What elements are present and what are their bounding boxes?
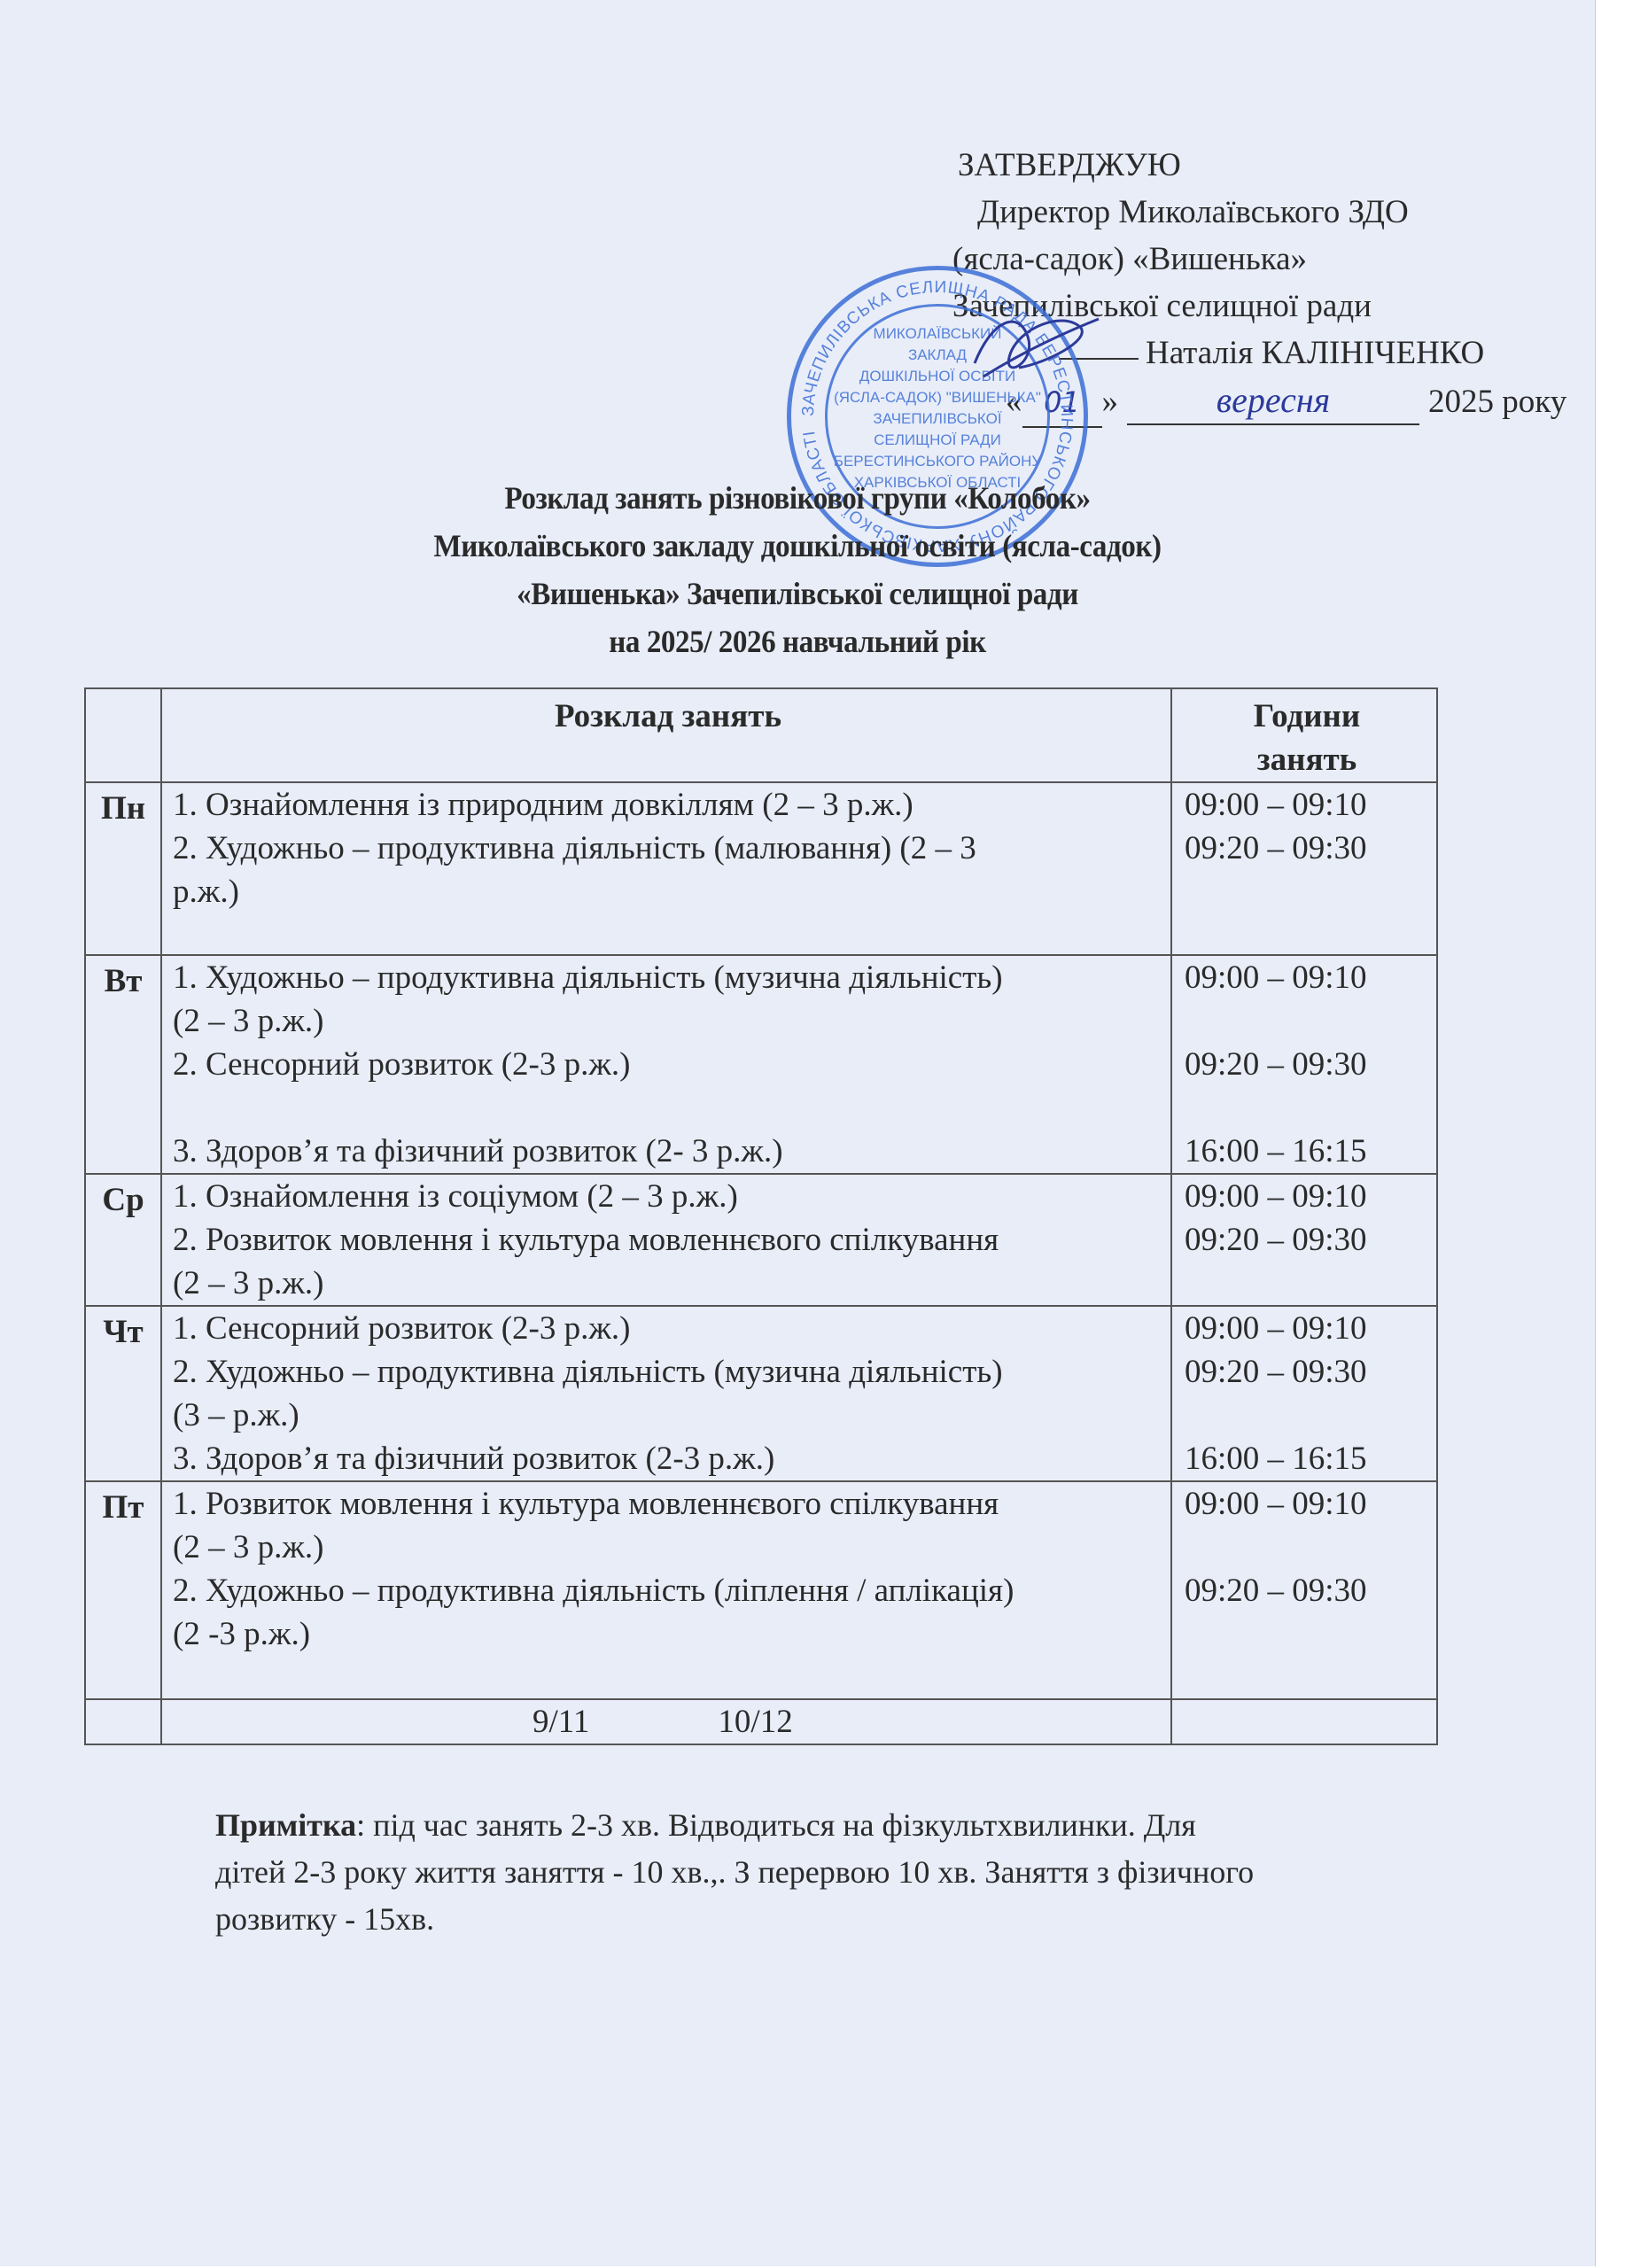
note-text: : під час занять 2-3 хв. Відводиться на … [356,1807,1196,1843]
table-header-row: Розклад занять Години занять [85,688,1437,782]
times-cell: 09:00 – 09:1009:20 – 09:30 [1171,782,1437,955]
title-line: Миколаївського закладу дошкільної освіти… [64,522,1531,570]
time-slot [1185,1086,1429,1130]
lesson-line: р.ж.) [173,870,1163,913]
time-slot: 16:00 – 16:15 [1185,1130,1429,1173]
day-cell: Ср [85,1174,161,1306]
lessons-cell: 1. Ознайомлення із природним довкіллям (… [161,782,1171,955]
lesson-line [173,1086,1163,1130]
footnote: Примітка: під час занять 2-3 хв. Відводи… [215,1802,1456,1943]
time-slot [1185,999,1429,1043]
lesson-line: 1. Ознайомлення із соціумом (2 – 3 р.ж.) [173,1175,1163,1218]
time-slot: 09:20 – 09:30 [1185,827,1429,870]
header-hours-line: Години [1185,695,1429,738]
total-lessons: 9/11 [532,1700,589,1744]
table-row: Пт1. Розвиток мовлення і культура мовлен… [85,1481,1437,1699]
total-lessons-alt: 10/12 [718,1700,792,1744]
time-slot: 09:20 – 09:30 [1185,1218,1429,1262]
stamp-line: СЕЛИЩНОЇ РАДИ [791,430,1084,451]
lesson-line: 1. Художньо – продуктивна діяльність (му… [173,956,1163,999]
lessons-cell: 1. Ознайомлення із соціумом (2 – 3 р.ж.)… [161,1174,1171,1306]
time-slot: 09:00 – 09:10 [1185,1175,1429,1218]
title-line: на 2025/ 2026 навчальний рік [64,617,1531,665]
header-hours-line: занять [1185,738,1429,781]
lesson-line: (2 – 3 р.ж.) [173,1526,1163,1569]
totals-day-cell [85,1699,161,1744]
time-slot: 16:00 – 16:15 [1185,1437,1429,1480]
lesson-line: 1. Ознайомлення із природним довкіллям (… [173,783,1163,827]
times-cell: 09:00 – 09:1009:20 – 09:3016:00 – 16:15 [1171,955,1437,1174]
lesson-line: 3. Здоров’я та фізичний розвиток (2-3 р.… [173,1437,1163,1480]
lesson-line: 1. Розвиток мовлення і культура мовленнє… [173,1482,1163,1526]
document-title: Розклад занять різновікової групи «Колоб… [0,474,1595,665]
schedule-table: Розклад занять Години занять Пн1. Ознайо… [84,687,1438,1745]
lesson-line: 3. Здоров’я та фізичний розвиток (2- 3 р… [173,1130,1163,1173]
totals-time-cell [1171,1699,1437,1744]
time-slot: 09:20 – 09:30 [1185,1043,1429,1086]
table-row: Пн1. Ознайомлення із природним довкіллям… [85,782,1437,955]
table-row: Чт1. Сенсорний розвиток (2-3 р.ж.)2. Худ… [85,1306,1437,1481]
day-cell: Вт [85,955,161,1174]
lesson-line: 2. Художньо – продуктивна діяльність (ма… [173,827,1163,870]
header-lessons: Розклад занять [161,688,1171,782]
lessons-cell: 1. Розвиток мовлення і культура мовленнє… [161,1481,1171,1699]
lesson-line: (2 – 3 р.ж.) [173,1262,1163,1305]
lessons-cell: 1. Художньо – продуктивна діяльність (му… [161,955,1171,1174]
title-line: «Вишенька» Зачепилівської селищної ради [64,570,1531,617]
time-slot: 09:20 – 09:30 [1185,1350,1429,1394]
day-cell: Чт [85,1306,161,1481]
note-text: дітей 2-3 року життя заняття - 10 хв.,. … [215,1849,1456,1896]
times-cell: 09:00 – 09:1009:20 – 09:30 [1171,1481,1437,1699]
time-slot: 09:00 – 09:10 [1185,1307,1429,1350]
lesson-line: (2 -3 р.ж.) [173,1612,1163,1656]
time-slot [1185,1526,1429,1569]
lesson-line: (2 – 3 р.ж.) [173,999,1163,1043]
header-hours: Години занять [1171,688,1437,782]
lesson-line: 2. Художньо – продуктивна діяльність (му… [173,1350,1163,1394]
approval-date-month: вересня [1127,377,1419,425]
time-slot: 09:00 – 09:10 [1185,956,1429,999]
time-slot [1185,1394,1429,1437]
lesson-line: (3 – р.ж.) [173,1394,1163,1437]
lesson-line: 2. Художньо – продуктивна діяльність (лі… [173,1569,1163,1612]
header-day [85,688,161,782]
lesson-line: 2. Розвиток мовлення і культура мовленнє… [173,1218,1163,1262]
time-slot: 09:00 – 09:10 [1185,783,1429,827]
approval-line: Директор Миколаївського ЗДО [952,189,1566,236]
lessons-cell: 1. Сенсорний розвиток (2-3 р.ж.)2. Худож… [161,1306,1171,1481]
totals-cell: 9/1110/12 [161,1699,1171,1744]
document-page: ЗАТВЕРДЖУЮ Директор Миколаївського ЗДО (… [0,0,1596,2266]
time-slot: 09:00 – 09:10 [1185,1482,1429,1526]
table-row: Вт1. Художньо – продуктивна діяльність (… [85,955,1437,1174]
approval-date-year: 2025 року [1428,384,1566,420]
day-cell: Пн [85,782,161,955]
handwritten-signature [966,301,1108,399]
times-cell: 09:00 – 09:1009:20 – 09:3016:00 – 16:15 [1171,1306,1437,1481]
note-label: Примітка [215,1807,356,1843]
stamp-line: ЗАЧЕПИЛІВСЬКОЇ [791,408,1084,430]
times-cell: 09:00 – 09:1009:20 – 09:30 [1171,1174,1437,1306]
stamp-line: БЕРЕСТИНСЬКОГО РАЙОНУ [791,451,1084,472]
approval-signer: Наталія КАЛІНІЧЕНКО [1146,335,1484,371]
time-slot: 09:20 – 09:30 [1185,1569,1429,1612]
lesson-line: 1. Сенсорний розвиток (2-3 р.ж.) [173,1307,1163,1350]
table-body: Пн1. Ознайомлення із природним довкіллям… [85,782,1437,1699]
title-line: Розклад занять різновікової групи «Колоб… [64,474,1531,522]
table-totals-row: 9/1110/12 [85,1699,1437,1744]
table-row: Ср1. Ознайомлення із соціумом (2 – 3 р.ж… [85,1174,1437,1306]
note-text: розвитку - 15хв. [215,1896,1456,1943]
approval-heading: ЗАТВЕРДЖУЮ [952,142,1566,189]
day-cell: Пт [85,1481,161,1699]
lesson-line: 2. Сенсорний розвиток (2-3 р.ж.) [173,1043,1163,1086]
